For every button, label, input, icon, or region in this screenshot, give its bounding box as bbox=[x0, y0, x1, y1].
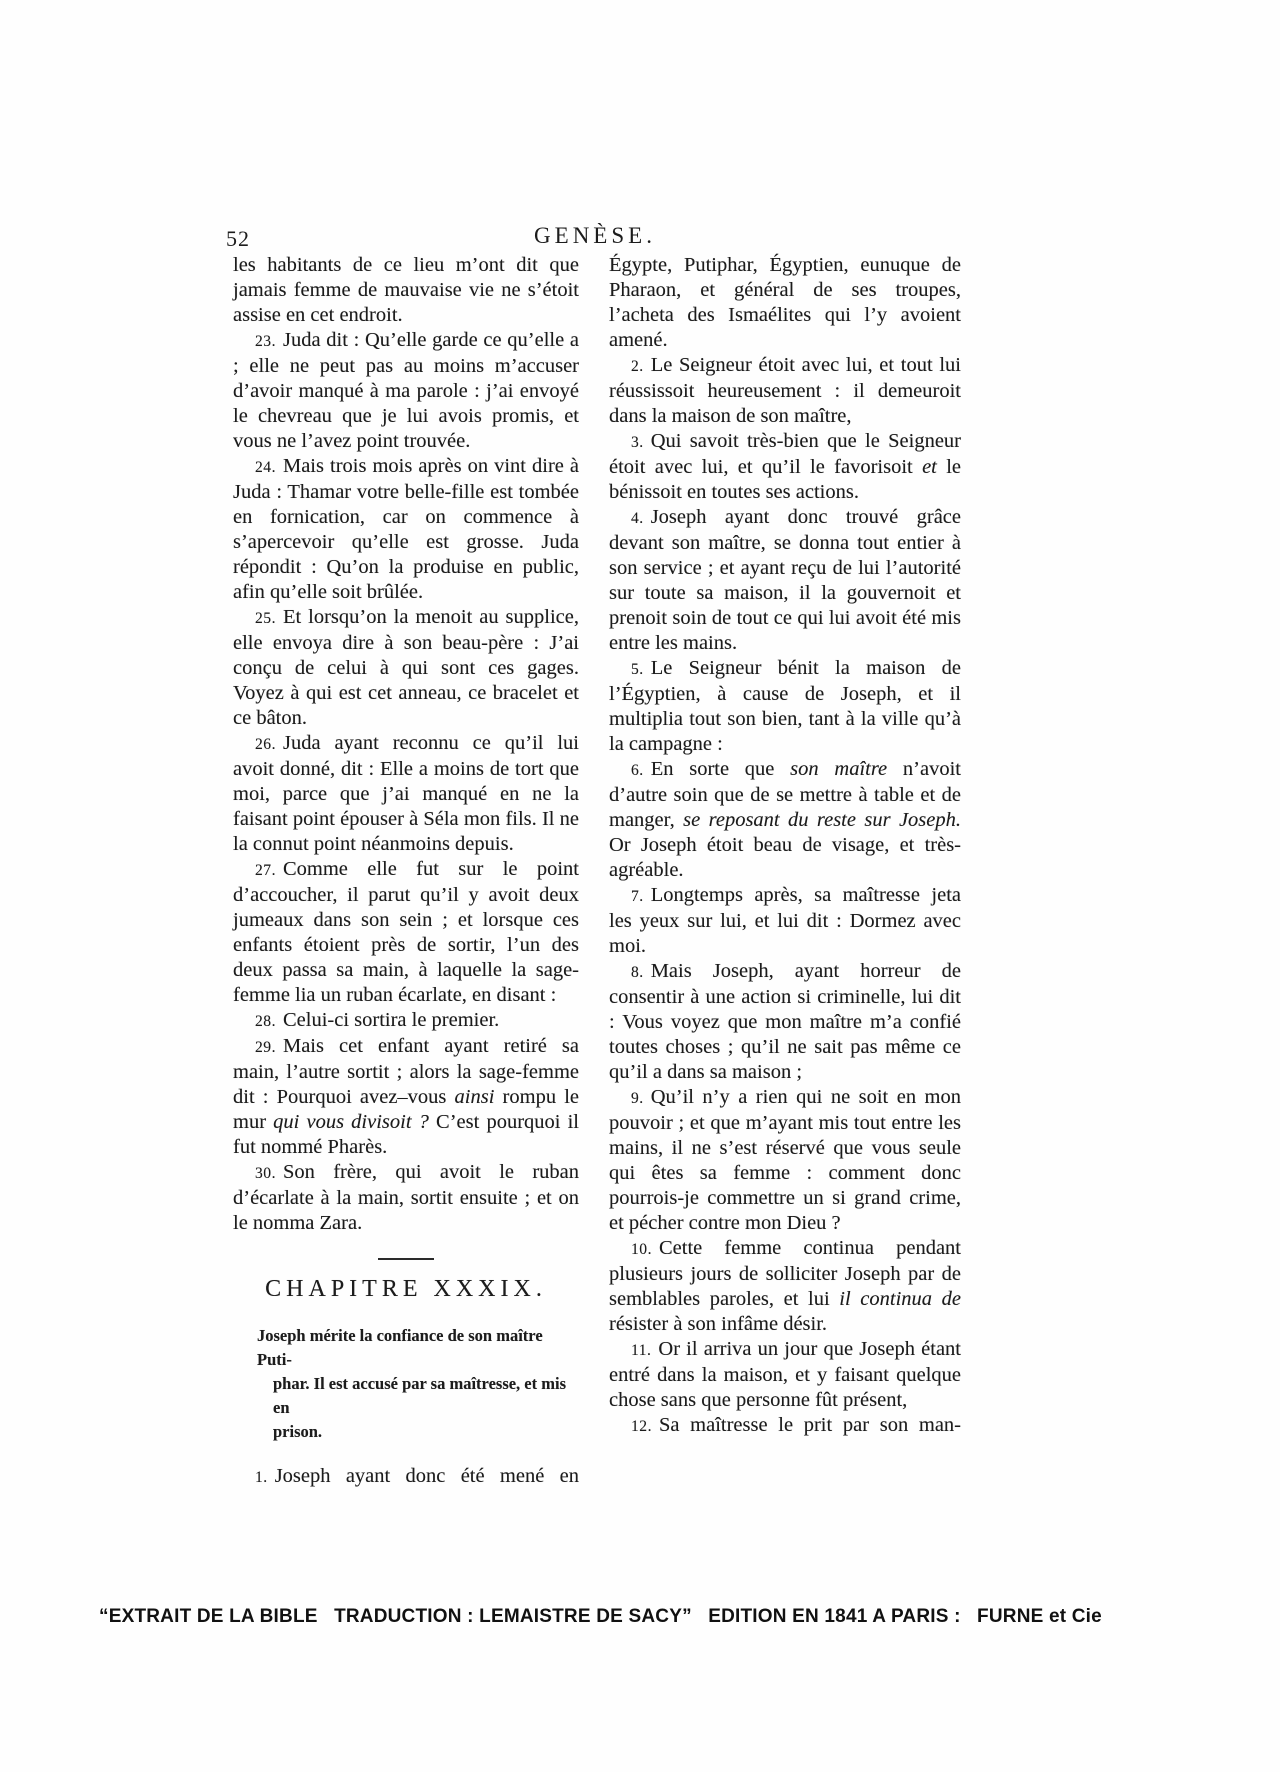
text-run: Qu’il n’y a rien qui ne soit en mon pouv… bbox=[609, 1086, 961, 1234]
paragraph: 28.Celui-ci sortira le premier. bbox=[233, 1008, 579, 1034]
verse-number: 24. bbox=[255, 459, 276, 476]
paragraph: les habitants de ce lieu m’ont dit que j… bbox=[233, 253, 579, 328]
paragraph: 3.Qui savoit très-bien que le Seigneur é… bbox=[609, 429, 961, 505]
text-run: résister à son infâme désir. bbox=[609, 1313, 827, 1335]
verse-number: 8. bbox=[631, 964, 644, 981]
summary-line: phar. Il est accusé par sa maîtresse, et… bbox=[257, 1372, 575, 1420]
verse-number: 12. bbox=[631, 1418, 652, 1435]
paragraph: 7.Longtemps après, sa maîtresse jeta les… bbox=[609, 883, 961, 959]
page-footer: “EXTRAIT DE LA BIBLE TRADUCTION : LEMAIS… bbox=[99, 1606, 1099, 1628]
text-run: Joseph ayant donc trouvé grâce devant so… bbox=[609, 506, 961, 654]
text-run: Celui-ci sortira le premier. bbox=[283, 1009, 499, 1031]
text-run: Égypte, Putiphar, Égyptien, eunuque de P… bbox=[609, 254, 961, 351]
verse-number: 6. bbox=[631, 762, 644, 779]
text-run: Le Seigneur étoit avec lui, et tout lui … bbox=[609, 354, 961, 427]
chapter-summary: Joseph mérite la confiance de son maître… bbox=[257, 1324, 575, 1444]
verse-number: 9. bbox=[631, 1090, 644, 1107]
italic-run: et bbox=[922, 456, 937, 478]
text-run: les habitants de ce lieu m’ont dit que j… bbox=[233, 254, 579, 326]
page-number: 52 bbox=[226, 226, 250, 252]
paragraph: 24.Mais trois mois après on vint dire à … bbox=[233, 454, 579, 605]
paragraph: 25.Et lorsqu’on la menoit au supplice, e… bbox=[233, 605, 579, 731]
verse-number: 28. bbox=[255, 1013, 276, 1030]
summary-line: prison. bbox=[257, 1420, 575, 1444]
verse-number: 5. bbox=[631, 661, 644, 678]
paragraph: 29.Mais cet enfant ayant retiré sa main,… bbox=[233, 1034, 579, 1160]
italic-run: qui vous divisoit ? bbox=[273, 1111, 429, 1133]
verse-number: 3. bbox=[631, 434, 644, 451]
text-run: Mais Joseph, ayant horreur de consentir … bbox=[609, 960, 961, 1083]
text-run: Or Joseph étoit beau de visage, et très-… bbox=[609, 834, 961, 881]
paragraph: 9.Qu’il n’y a rien qui ne soit en mon po… bbox=[609, 1085, 961, 1236]
paragraph: 26.Juda ayant reconnu ce qu’il lui avoit… bbox=[233, 731, 579, 857]
verse-number: 1. bbox=[255, 1469, 268, 1486]
paragraph: 12.Sa maîtresse le prit par son man- bbox=[609, 1413, 961, 1439]
italic-run: son maître bbox=[790, 758, 887, 780]
verse-number: 11. bbox=[631, 1342, 651, 1359]
left-column: les habitants de ce lieu m’ont dit que j… bbox=[233, 253, 579, 1490]
text-run: Juda dit : Qu’elle garde ce qu’elle a ; … bbox=[233, 329, 579, 452]
italic-run: ainsi bbox=[455, 1086, 495, 1108]
text-run: En sorte que bbox=[651, 758, 790, 780]
paragraph: 1.Joseph ayant donc été mené en bbox=[233, 1464, 579, 1490]
paragraph: 23.Juda dit : Qu’elle garde ce qu’elle a… bbox=[233, 328, 579, 454]
verse-number: 23. bbox=[255, 333, 276, 350]
text-run: Joseph ayant donc été mené en bbox=[275, 1465, 579, 1487]
book-page: 52 GENÈSE. les habitants de ce lieu m’on… bbox=[0, 0, 1280, 1772]
italic-run: se reposant du reste sur Joseph. bbox=[683, 809, 961, 831]
verse-number: 2. bbox=[631, 358, 644, 375]
running-title: GENÈSE. bbox=[395, 223, 795, 249]
text-run: Le Seigneur bénit la maison de l’Égyptie… bbox=[609, 657, 961, 755]
text-run: Sa maîtresse le prit par son man- bbox=[659, 1414, 961, 1436]
text-run: Qui savoit très-bien que le Seigneur éto… bbox=[609, 430, 961, 478]
text-run: Or il arriva un jour que Joseph étant en… bbox=[609, 1338, 961, 1411]
verse-number: 29. bbox=[255, 1039, 276, 1056]
paragraph: 5.Le Seigneur bénit la maison de l’Égypt… bbox=[609, 656, 961, 757]
paragraph: 2.Le Seigneur étoit avec lui, et tout lu… bbox=[609, 353, 961, 429]
verse-number: 7. bbox=[631, 888, 644, 905]
text-run: Longtemps après, sa maîtresse jeta les y… bbox=[609, 884, 961, 957]
text-run: Mais trois mois après on vint dire à Jud… bbox=[233, 455, 579, 603]
paragraph: 27.Comme elle fut sur le point d’accouch… bbox=[233, 857, 579, 1008]
right-column: Égypte, Putiphar, Égyptien, eunuque de P… bbox=[609, 253, 961, 1439]
paragraph: 11.Or il arriva un jour que Joseph étant… bbox=[609, 1337, 961, 1413]
paragraph: Égypte, Putiphar, Égyptien, eunuque de P… bbox=[609, 253, 961, 353]
text-run: Son frère, qui avoit le ruban d’écarlate… bbox=[233, 1161, 579, 1234]
paragraph: 4.Joseph ayant donc trouvé grâce devant … bbox=[609, 505, 961, 656]
chapter-heading: CHAPITRE XXXIX. bbox=[233, 1277, 579, 1302]
verse-number: 4. bbox=[631, 510, 644, 527]
verse-number: 25. bbox=[255, 610, 276, 627]
text-run: Comme elle fut sur le point d’accoucher,… bbox=[233, 858, 579, 1006]
section-divider bbox=[378, 1258, 434, 1260]
verse-number: 27. bbox=[255, 862, 276, 879]
verse-number: 30. bbox=[255, 1165, 276, 1182]
paragraph: 8.Mais Joseph, ayant horreur de consenti… bbox=[609, 959, 961, 1085]
verse-number: 10. bbox=[631, 1241, 652, 1258]
italic-run: il continua de bbox=[839, 1288, 961, 1310]
paragraph: 30.Son frère, qui avoit le ruban d’écarl… bbox=[233, 1160, 579, 1236]
text-run: Juda ayant reconnu ce qu’il lui avoit do… bbox=[233, 732, 579, 855]
summary-line: Joseph mérite la confiance de son maître… bbox=[257, 1324, 575, 1372]
verse-number: 26. bbox=[255, 736, 276, 753]
paragraph: 6.En sorte que son maître n’avoit d’autr… bbox=[609, 757, 961, 883]
text-run: Et lorsqu’on la menoit au supplice, elle… bbox=[233, 606, 579, 729]
paragraph: 10.Cette femme continua pendant plusieur… bbox=[609, 1236, 961, 1337]
